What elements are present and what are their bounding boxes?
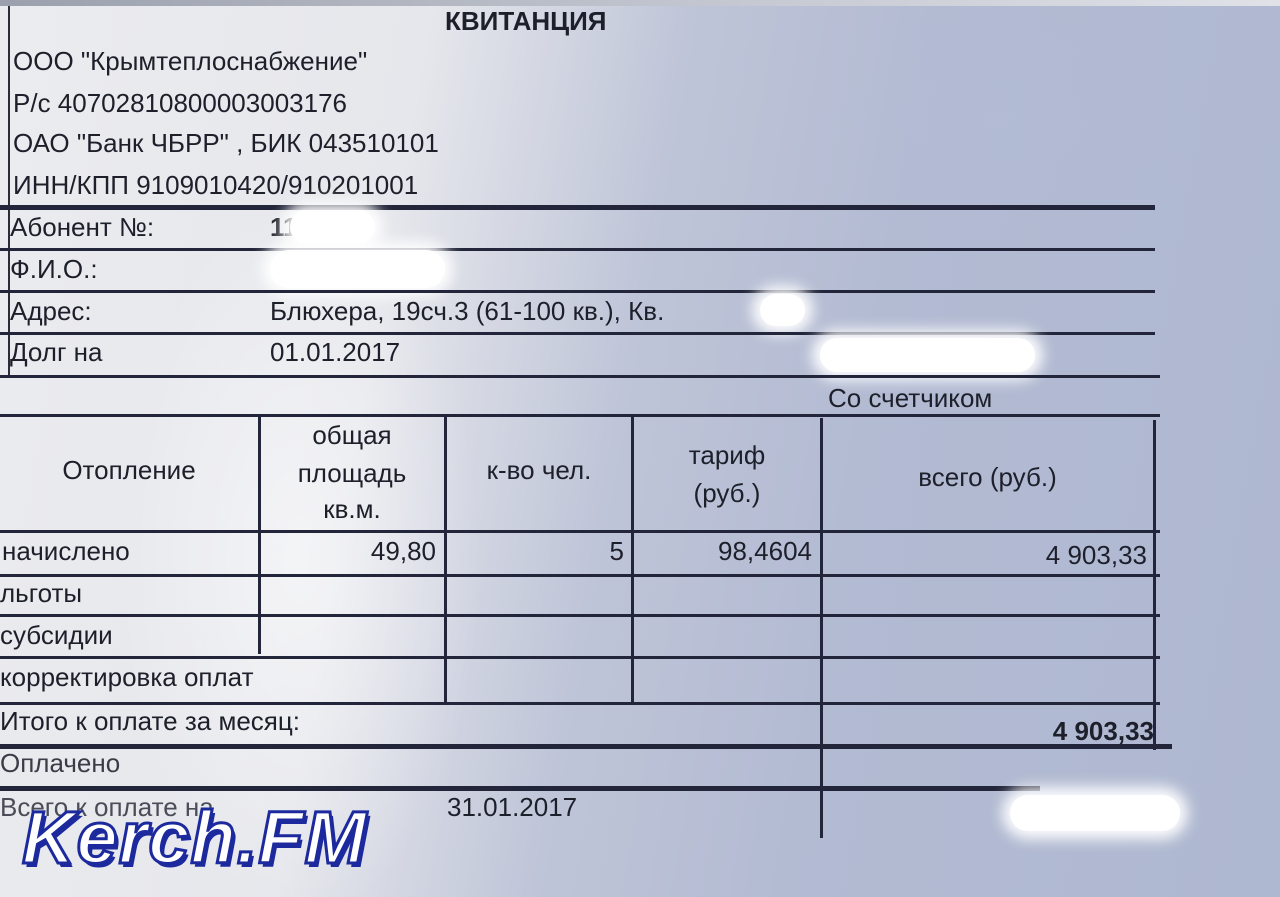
redaction [760,294,805,326]
column-header-tariff-line1: тариф [634,440,820,470]
row-divider [0,574,1160,577]
debt-label: Долг на [10,337,103,367]
monthly-total-value: 4 903,33 [824,716,1154,746]
divider [0,375,1160,378]
debt-date: 01.01.2017 [270,337,400,367]
column-header-heating: Отопление [0,455,258,485]
inn-kpp: ИНН/КПП 9109010420/910201001 [13,170,418,200]
meter-note: Со счетчиком [828,383,992,413]
cell-people: 5 [448,536,624,566]
column-header-total: всего (руб.) [822,462,1153,492]
subscriber-number-label: Абонент №: [10,212,154,242]
redaction [290,210,375,244]
row-divider [0,786,1040,791]
due-date: 31.01.2017 [447,792,577,822]
row-divider [0,702,1160,705]
address-value: Блюхера, 19сч.3 (61-100 кв.), Кв. [270,296,664,326]
cell-area: 49,80 [262,536,436,566]
monthly-total-label: Итого к оплате за месяц: [0,706,300,736]
row-divider [0,656,1160,659]
divider [0,290,1155,293]
paper-edge [0,0,1280,6]
column-divider [258,414,261,654]
row-label-subsidies: субсидии [0,620,113,650]
paid-label: Оплачено [0,748,120,778]
divider [0,332,1155,335]
cell-tariff: 98,4604 [636,536,812,566]
row-divider [0,614,1160,617]
address-label: Адрес: [10,296,92,326]
redaction [1010,795,1180,831]
table-right-border [1153,420,1156,750]
column-header-area-line3: кв.м. [260,494,444,524]
row-divider [0,530,1160,533]
column-header-tariff-line2: (руб.) [634,478,820,508]
divider [0,205,1155,210]
cell-total: 4 903,33 [824,540,1147,570]
redaction [270,250,445,288]
document-title: КВИТАНЦИЯ [445,6,607,36]
redaction [820,338,1035,372]
bank-info: ОАО "Банк ЧБРР" , БИК 043510101 [13,128,439,158]
row-label-charged: начислено [2,536,130,566]
row-divider [0,744,1172,749]
column-header-area-line1: общая [260,420,444,450]
table-top-border [0,414,1160,417]
full-name-label: Ф.И.О.: [10,254,98,284]
company-name: ООО "Крымтеплоснабжение" [13,46,367,76]
bank-account: Р/с 40702810800003003176 [13,88,347,118]
kerch-fm-watermark: Kerch.FM [22,798,367,878]
column-header-people: к-во чел. [446,455,632,485]
row-label-payment-adjustment: корректировка оплат [0,662,253,692]
row-label-benefits: льготы [0,578,82,608]
column-header-area-line2: площадь [260,458,444,488]
divider [0,248,1155,251]
